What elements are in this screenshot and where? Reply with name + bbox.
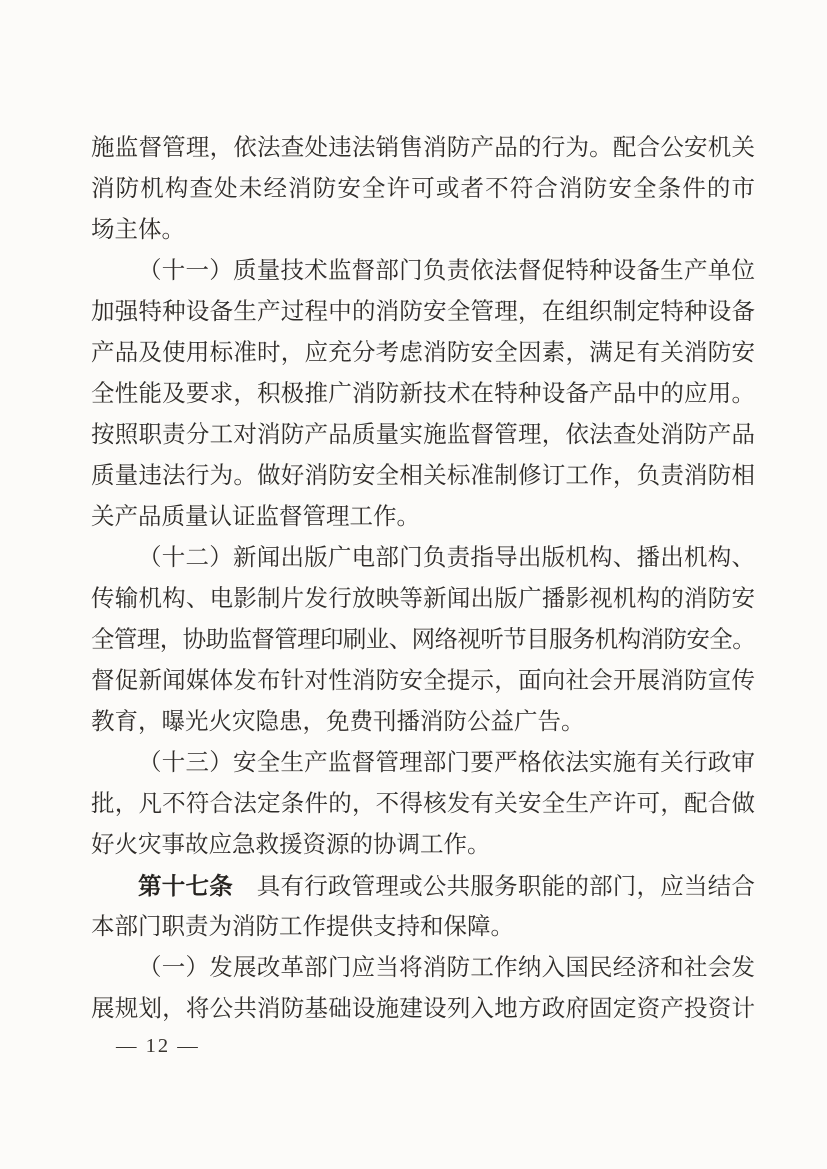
text-line: 关产品质量认证监督管理工作。	[91, 497, 755, 538]
document-body-text: 施监督管理，依法查处违法销售消防产品的行为。配合公安机关消防机构查处未经消防安全…	[91, 128, 755, 1030]
text-line: 全管理，协助监督管理印刷业、网络视听节目服务机构消防安全。	[91, 620, 755, 661]
article-text: 具有行政管理或公共服务职能的部门，应当结合	[233, 874, 755, 900]
page-number: — 12 —	[116, 1032, 200, 1060]
text-line: 全性能及要求，积极推广消防新技术在特种设备产品中的应用。	[91, 374, 755, 415]
text-line: （十一）质量技术监督部门负责依法督促特种设备生产单位	[91, 251, 755, 292]
text-line: 加强特种设备生产过程中的消防安全管理，在组织制定特种设备	[91, 292, 755, 333]
text-line: 按照职责分工对消防产品质量实施监督管理，依法查处消防产品	[91, 415, 755, 456]
text-line: 督促新闻媒体发布针对性消防安全提示，面向社会开展消防宣传	[91, 661, 755, 702]
text-line: 好火灾事故应急救援资源的协调工作。	[91, 825, 755, 866]
text-line: 教育，曝光火灾隐患，免费刊播消防公益广告。	[91, 702, 755, 743]
text-line: （一）发展改革部门应当将消防工作纳入国民经济和社会发	[91, 948, 755, 989]
text-line: 产品及使用标准时，应充分考虑消防安全因素，满足有关消防安	[91, 333, 755, 374]
text-line: 批，凡不符合法定条件的，不得核发有关安全生产许可，配合做	[91, 784, 755, 825]
text-line: 本部门职责为消防工作提供支持和保障。	[91, 907, 755, 948]
text-line: 展规划，将公共消防基础设施建设列入地方政府固定资产投资计	[91, 989, 755, 1030]
document-page: 施监督管理，依法查处违法销售消防产品的行为。配合公安机关消防机构查处未经消防安全…	[0, 0, 827, 1169]
text-line: （十二）新闻出版广电部门负责指导出版机构、播出机构、	[91, 538, 755, 579]
text-line: 消防机构查处未经消防安全许可或者不符合消防安全条件的市	[91, 169, 755, 210]
text-line: （十三）安全生产监督管理部门要严格依法实施有关行政审	[91, 743, 755, 784]
text-line: 第十七条 具有行政管理或公共服务职能的部门，应当结合	[91, 866, 755, 907]
text-line: 传输机构、电影制片发行放映等新闻出版广播影视机构的消防安	[91, 579, 755, 620]
article-number: 第十七条	[138, 873, 233, 899]
text-line: 施监督管理，依法查处违法销售消防产品的行为。配合公安机关	[91, 128, 755, 169]
text-line: 质量违法行为。做好消防安全相关标准制修订工作，负责消防相	[91, 456, 755, 497]
text-line: 场主体。	[91, 210, 755, 251]
